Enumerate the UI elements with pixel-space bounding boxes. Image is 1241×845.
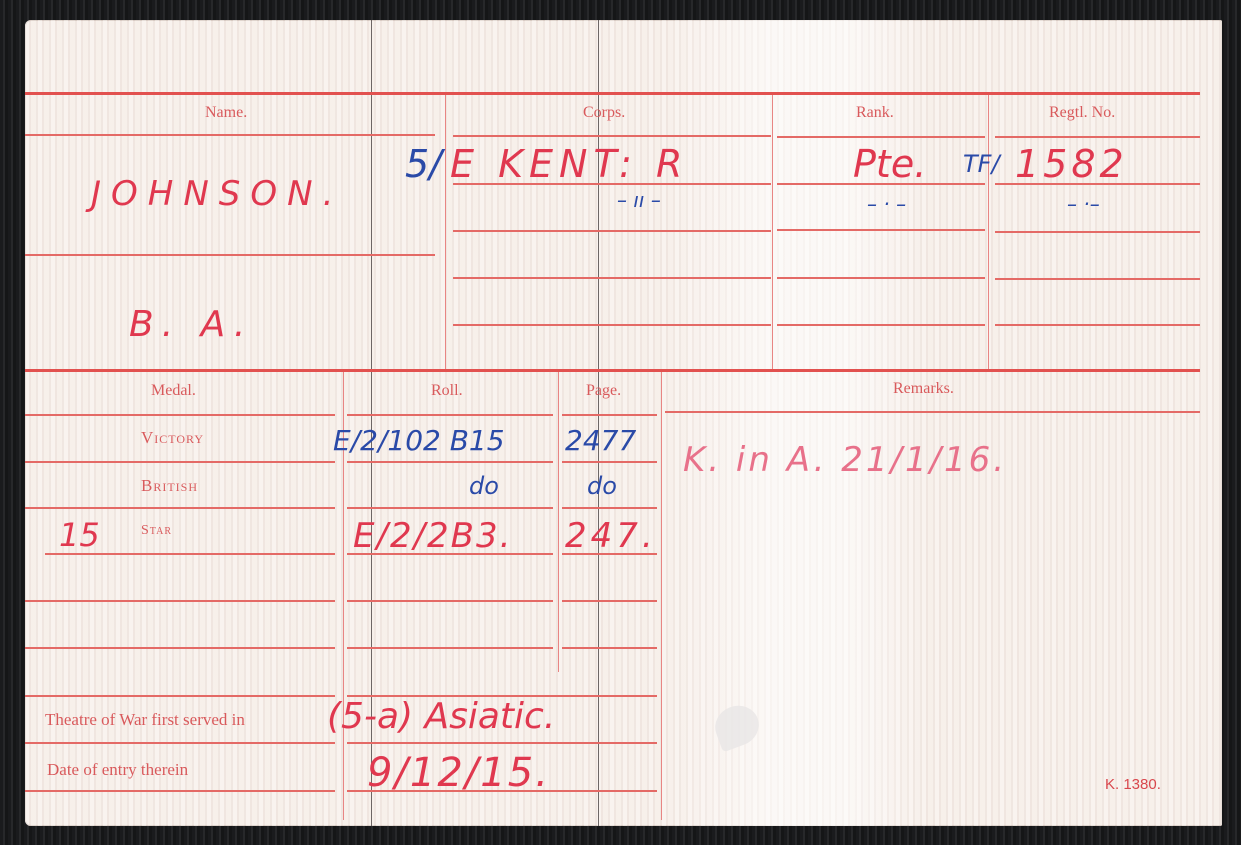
- victory-page-entry: 2477: [565, 424, 636, 457]
- rule: [453, 230, 771, 232]
- rule: [25, 790, 335, 792]
- corps-label: Corps.: [583, 104, 625, 122]
- regt-no-entry: 1582: [1015, 142, 1128, 186]
- rule: [25, 254, 435, 256]
- medal-row-victory: Victory: [141, 428, 204, 448]
- rule: [347, 742, 657, 744]
- top-rule: [25, 92, 1200, 95]
- rule: [453, 135, 771, 137]
- rule: [25, 507, 335, 509]
- corps-ditto-entry: – ıı –: [617, 188, 661, 212]
- rank-entry: Pte.: [853, 142, 926, 186]
- rule: [347, 600, 553, 602]
- rule: [25, 134, 435, 136]
- rule: [562, 507, 657, 509]
- rule: [562, 647, 657, 649]
- regt-no-label: Regtl. No.: [1049, 104, 1115, 122]
- light-glare: [665, 20, 925, 826]
- rule: [777, 277, 985, 279]
- rule: [777, 229, 985, 231]
- star-page-entry: 247.: [565, 516, 657, 556]
- rule: [995, 324, 1200, 326]
- rule: [995, 231, 1200, 233]
- column-divider: [772, 95, 773, 369]
- rule: [562, 600, 657, 602]
- victory-roll-entry: E/2/102 B15: [333, 424, 505, 457]
- roll-label: Roll.: [431, 382, 463, 400]
- name-label: Name.: [205, 104, 247, 122]
- rule: [562, 461, 657, 463]
- rule: [347, 647, 553, 649]
- rule: [453, 324, 771, 326]
- rule: [25, 600, 335, 602]
- section-divider-rule: [25, 369, 1200, 372]
- rule: [25, 695, 335, 697]
- scan-fold-line: [598, 20, 599, 826]
- rule: [25, 461, 335, 463]
- column-divider: [558, 372, 559, 672]
- regt-no-prefix-entry: TF/: [963, 150, 1000, 178]
- initials-entry: B. A.: [129, 304, 253, 345]
- faded-stamp-mark: [709, 700, 764, 753]
- rule: [347, 414, 553, 416]
- rule: [665, 411, 1200, 413]
- rule: [453, 277, 771, 279]
- corps-prefix-entry: 5/: [405, 142, 442, 186]
- form-number: K. 1380.: [1105, 776, 1161, 793]
- medal-row-british: British: [141, 476, 198, 496]
- rule: [25, 647, 335, 649]
- rule: [347, 507, 553, 509]
- remarks-entry: K. in A. 21/1/16.: [683, 440, 1007, 480]
- rank-ditto-entry: – · –: [867, 192, 906, 216]
- date-of-entry-label: Date of entry therein: [47, 760, 188, 780]
- rule: [777, 136, 985, 138]
- british-page-ditto: do: [587, 472, 617, 500]
- column-divider: [445, 95, 446, 369]
- medal-label: Medal.: [151, 382, 196, 400]
- surname-entry: JOHNSON.: [91, 174, 343, 214]
- rule: [995, 136, 1200, 138]
- rule: [25, 414, 335, 416]
- page-label: Page.: [586, 382, 621, 400]
- column-divider: [988, 95, 989, 369]
- star-prefix-entry: 15: [59, 516, 100, 554]
- british-roll-ditto: do: [469, 472, 499, 500]
- theatre-entry: (5-a) Asiatic.: [327, 696, 555, 737]
- corps-entry: E KENT: R: [450, 142, 688, 186]
- medal-row-star: Star: [141, 523, 172, 539]
- star-roll-entry: E/2/2B3.: [353, 516, 512, 556]
- medal-index-card: Name. Corps. Rank. Regtl. No. JOHNSON. B…: [25, 20, 1222, 826]
- rule: [777, 324, 985, 326]
- theatre-label: Theatre of War first served in: [45, 710, 245, 730]
- rule: [995, 278, 1200, 280]
- rank-label: Rank.: [856, 104, 894, 122]
- rule: [347, 461, 553, 463]
- remarks-label: Remarks.: [893, 380, 954, 398]
- regt-no-ditto-entry: – ·–: [1067, 192, 1100, 216]
- rule: [562, 414, 657, 416]
- column-divider: [661, 372, 662, 820]
- rule: [25, 742, 335, 744]
- date-of-entry-entry: 9/12/15.: [367, 750, 550, 796]
